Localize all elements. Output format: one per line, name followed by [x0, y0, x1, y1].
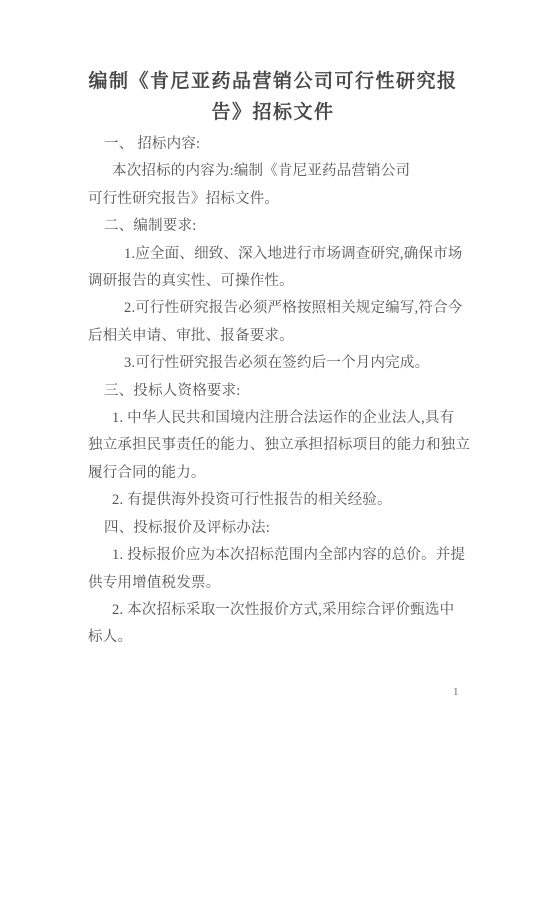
document-line: 1.应全面、细致、深入地进行市场调查研究,确保市场	[88, 241, 494, 268]
document-line: 3.可行性研究报告必须在签约后一个月内完成。	[88, 350, 494, 377]
document-line: 1. 中华人民共和国境内注册合法运作的企业法人,具有	[88, 405, 494, 432]
document-page: 编制《肯尼亚药品营销公司可行性研究报 告》招标文件 一、 招标内容: 本次招标的…	[0, 0, 546, 900]
document-line: 三、投标人资格要求:	[88, 378, 494, 405]
document-line: 供专用增值税发票。	[88, 570, 494, 597]
document-content: 编制《肯尼亚药品营销公司可行性研究报 告》招标文件 一、 招标内容: 本次招标的…	[0, 0, 546, 652]
document-line: 二、编制要求:	[88, 213, 494, 240]
document-line: 后相关申请、审批、报备要求。	[88, 323, 494, 350]
document-line: 独立承担民事责任的能力、独立承担招标项目的能力和独立	[88, 432, 494, 459]
document-line: 2. 有提供海外投资可行性报告的相关经验。	[88, 487, 494, 514]
document-line: 四、投标报价及评标办法:	[88, 515, 494, 542]
document-line: 本次招标的内容为:编制《肯尼亚药品营销公司	[88, 158, 494, 185]
document-line: 可行性研究报告》招标文件。	[88, 186, 494, 213]
document-title-line-2: 告》招标文件	[0, 97, 546, 128]
document-line: 2.可行性研究报告必须严格按照相关规定编写,符合今	[88, 295, 494, 322]
document-line: 1. 投标报价应为本次招标范围内全部内容的总价。并提	[88, 542, 494, 569]
page-number: 1	[453, 686, 459, 698]
document-line: 履行合同的能力。	[88, 460, 494, 487]
document-title-line-1: 编制《肯尼亚药品营销公司可行性研究报	[0, 66, 546, 97]
document-line: 2. 本次招标采取一次性报价方式,采用综合评价甄选中	[88, 597, 494, 624]
document-line: 标人。	[88, 624, 494, 651]
document-line: 调研报告的真实性、可操作性。	[88, 268, 494, 295]
document-body: 一、 招标内容: 本次招标的内容为:编制《肯尼亚药品营销公司 可行性研究报告》招…	[88, 131, 494, 652]
document-title: 编制《肯尼亚药品营销公司可行性研究报 告》招标文件	[0, 0, 546, 128]
document-line: 一、 招标内容:	[88, 131, 494, 158]
